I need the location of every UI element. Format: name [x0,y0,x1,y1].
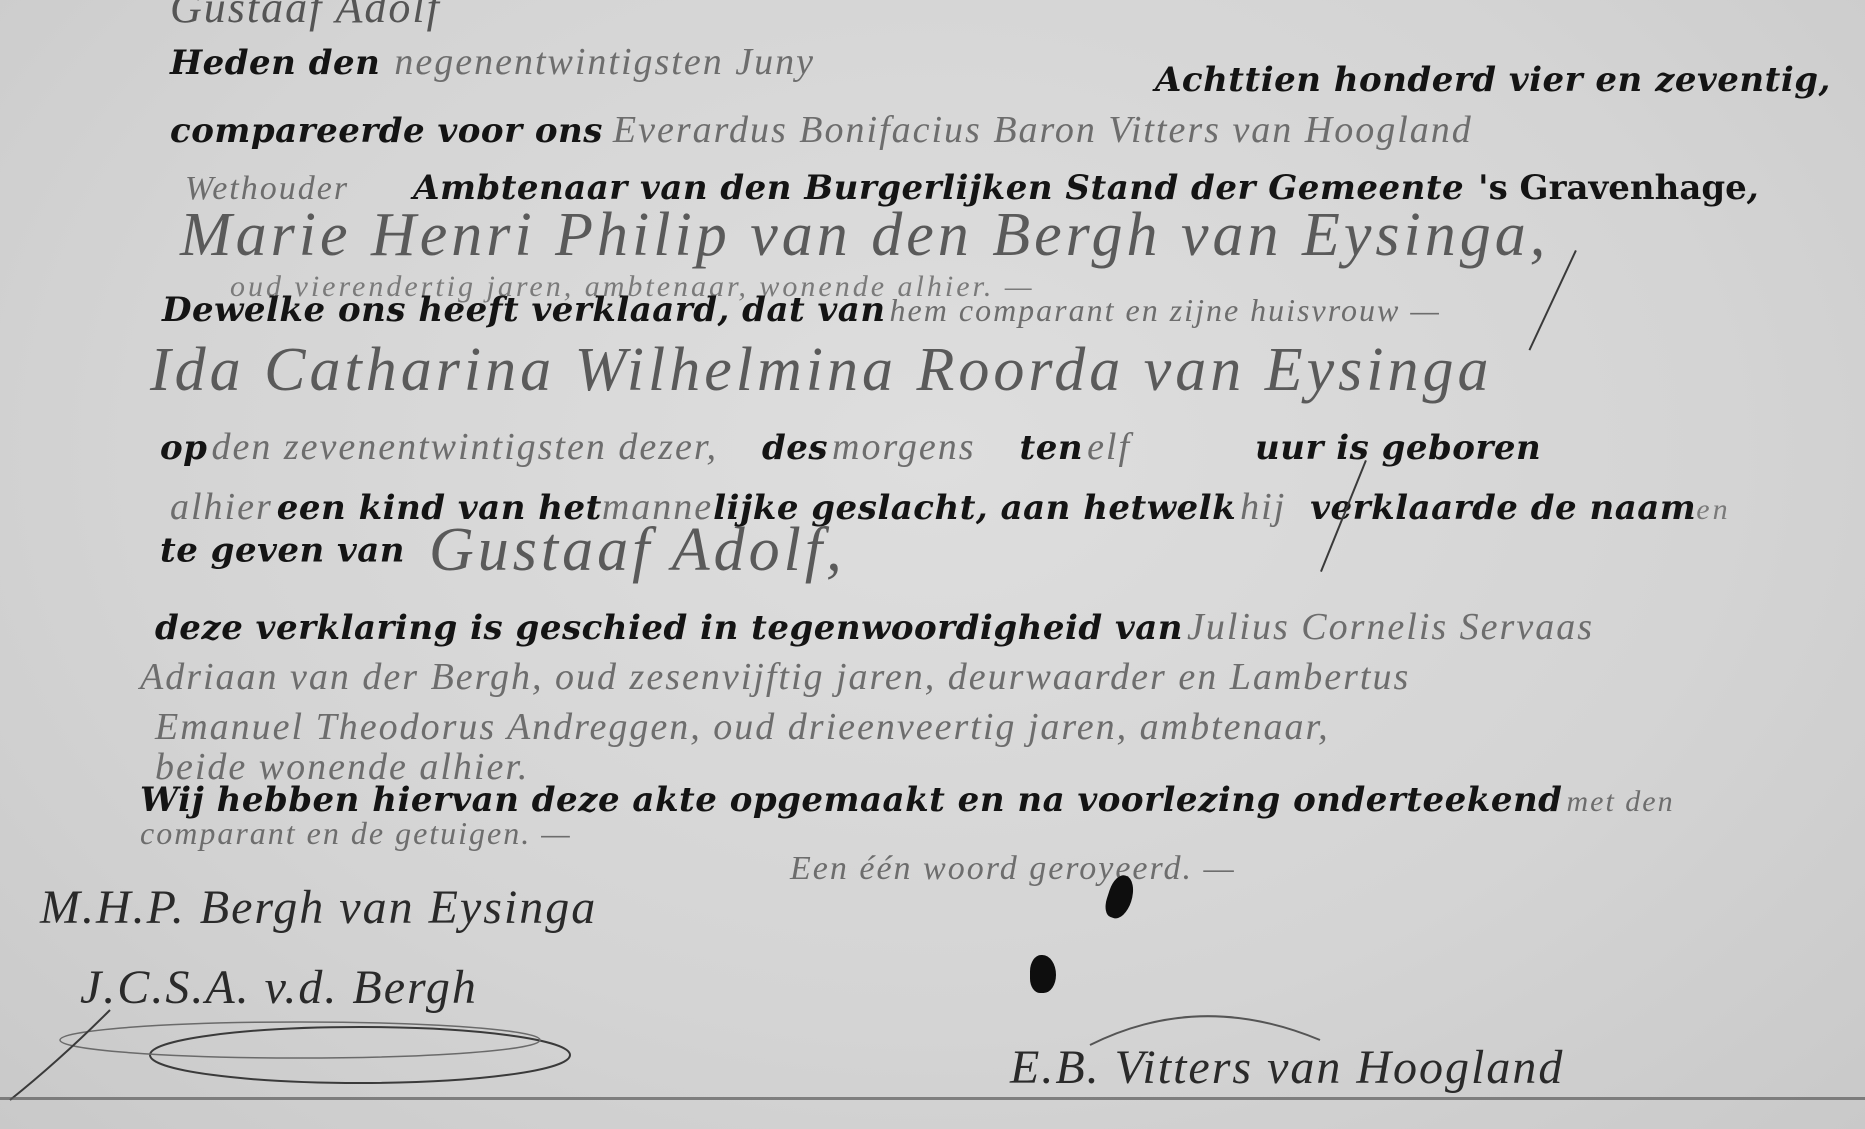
handwritten-correction-note: Een één woord geroyeerd. — [790,850,1236,888]
printed-text: ten [1020,428,1084,468]
printed-text: Wij hebben hiervan deze akte opgemaakt e… [140,780,1562,820]
line-witnesses: deze verklaring is geschied in tegenwoor… [155,605,1594,649]
officer-signature-flourish [1080,1000,1380,1060]
printed-comma: , [1747,168,1759,208]
document-page: Gustaaf Adolf Heden den negenentwintigst… [0,0,1865,1129]
line-child-name: te geven van Gustaaf Adolf, [160,515,846,586]
handwritten-mother-name: Ida Catharina Wilhelmina Roorda van Eysi… [150,335,1492,406]
handwritten-text: en [1696,493,1730,526]
header-fragment: Gustaaf Adolf [170,0,441,33]
printed-text: uur is geboren [1255,428,1541,468]
handwritten-time-of-day: morgens [832,426,975,468]
signature-father: M.H.P. Bergh van Eysinga [40,880,597,935]
handwritten-witness-1-details: Adriaan van der Bergh, oud zesenvijftig … [140,655,1410,699]
handwritten-text: met den [1566,785,1674,818]
line-declared: Dewelke ons heeft verklaard, dat van hem… [162,290,1441,330]
handwritten-child-name: Gustaaf Adolf, [429,516,846,584]
printed-year: Achttien honderd vier en zeventig, [1155,60,1831,100]
handwritten-officer-name: Everardus Bonifacius Baron Vitters van H… [613,109,1473,151]
handwritten-declarant-name: Marie Henri Philip van den Bergh van Eys… [180,200,1549,271]
printed-text: Heden den [170,43,380,83]
printed-text: verklaarde de naam [1310,488,1696,528]
handwritten-signing-parties: comparant en de getuigen. — [140,815,572,852]
line-appeared-before: compareerde voor ons Everardus Bonifaciu… [170,108,1473,152]
printed-text: des [762,428,828,468]
printed-text: deze verklaring is geschied in tegenwoor… [155,608,1183,648]
line-birth-time: op den zevenentwintigsten dezer, des mor… [160,425,1541,469]
line-signing: Wij hebben hiervan deze akte opgemaakt e… [140,780,1675,820]
printed-text: Dewelke ons heeft verklaard, dat van [162,290,886,330]
printed-text: te geven van [160,531,405,571]
handwritten-witness-2-details: Emanuel Theodorus Andreggen, oud drieenv… [155,705,1330,749]
handwritten-text: hem comparant en zijne huisvrouw — [890,292,1441,328]
handwritten-witness-1: Julius Cornelis Servaas [1187,606,1594,648]
ink-blot [1030,955,1056,993]
handwritten-date: negenentwintigsten Juny [394,41,815,83]
bottom-rule [0,1097,1865,1100]
handwritten-hour: elf [1087,426,1131,468]
handwritten-birth-date: den zevenentwintigsten dezer, [211,426,718,468]
handwritten-pronoun: hij [1240,486,1286,528]
printed-text: compareerde voor ons [170,111,603,151]
line-date: Heden den negenentwintigsten Juny [170,40,815,84]
printed-text: op [160,428,207,468]
